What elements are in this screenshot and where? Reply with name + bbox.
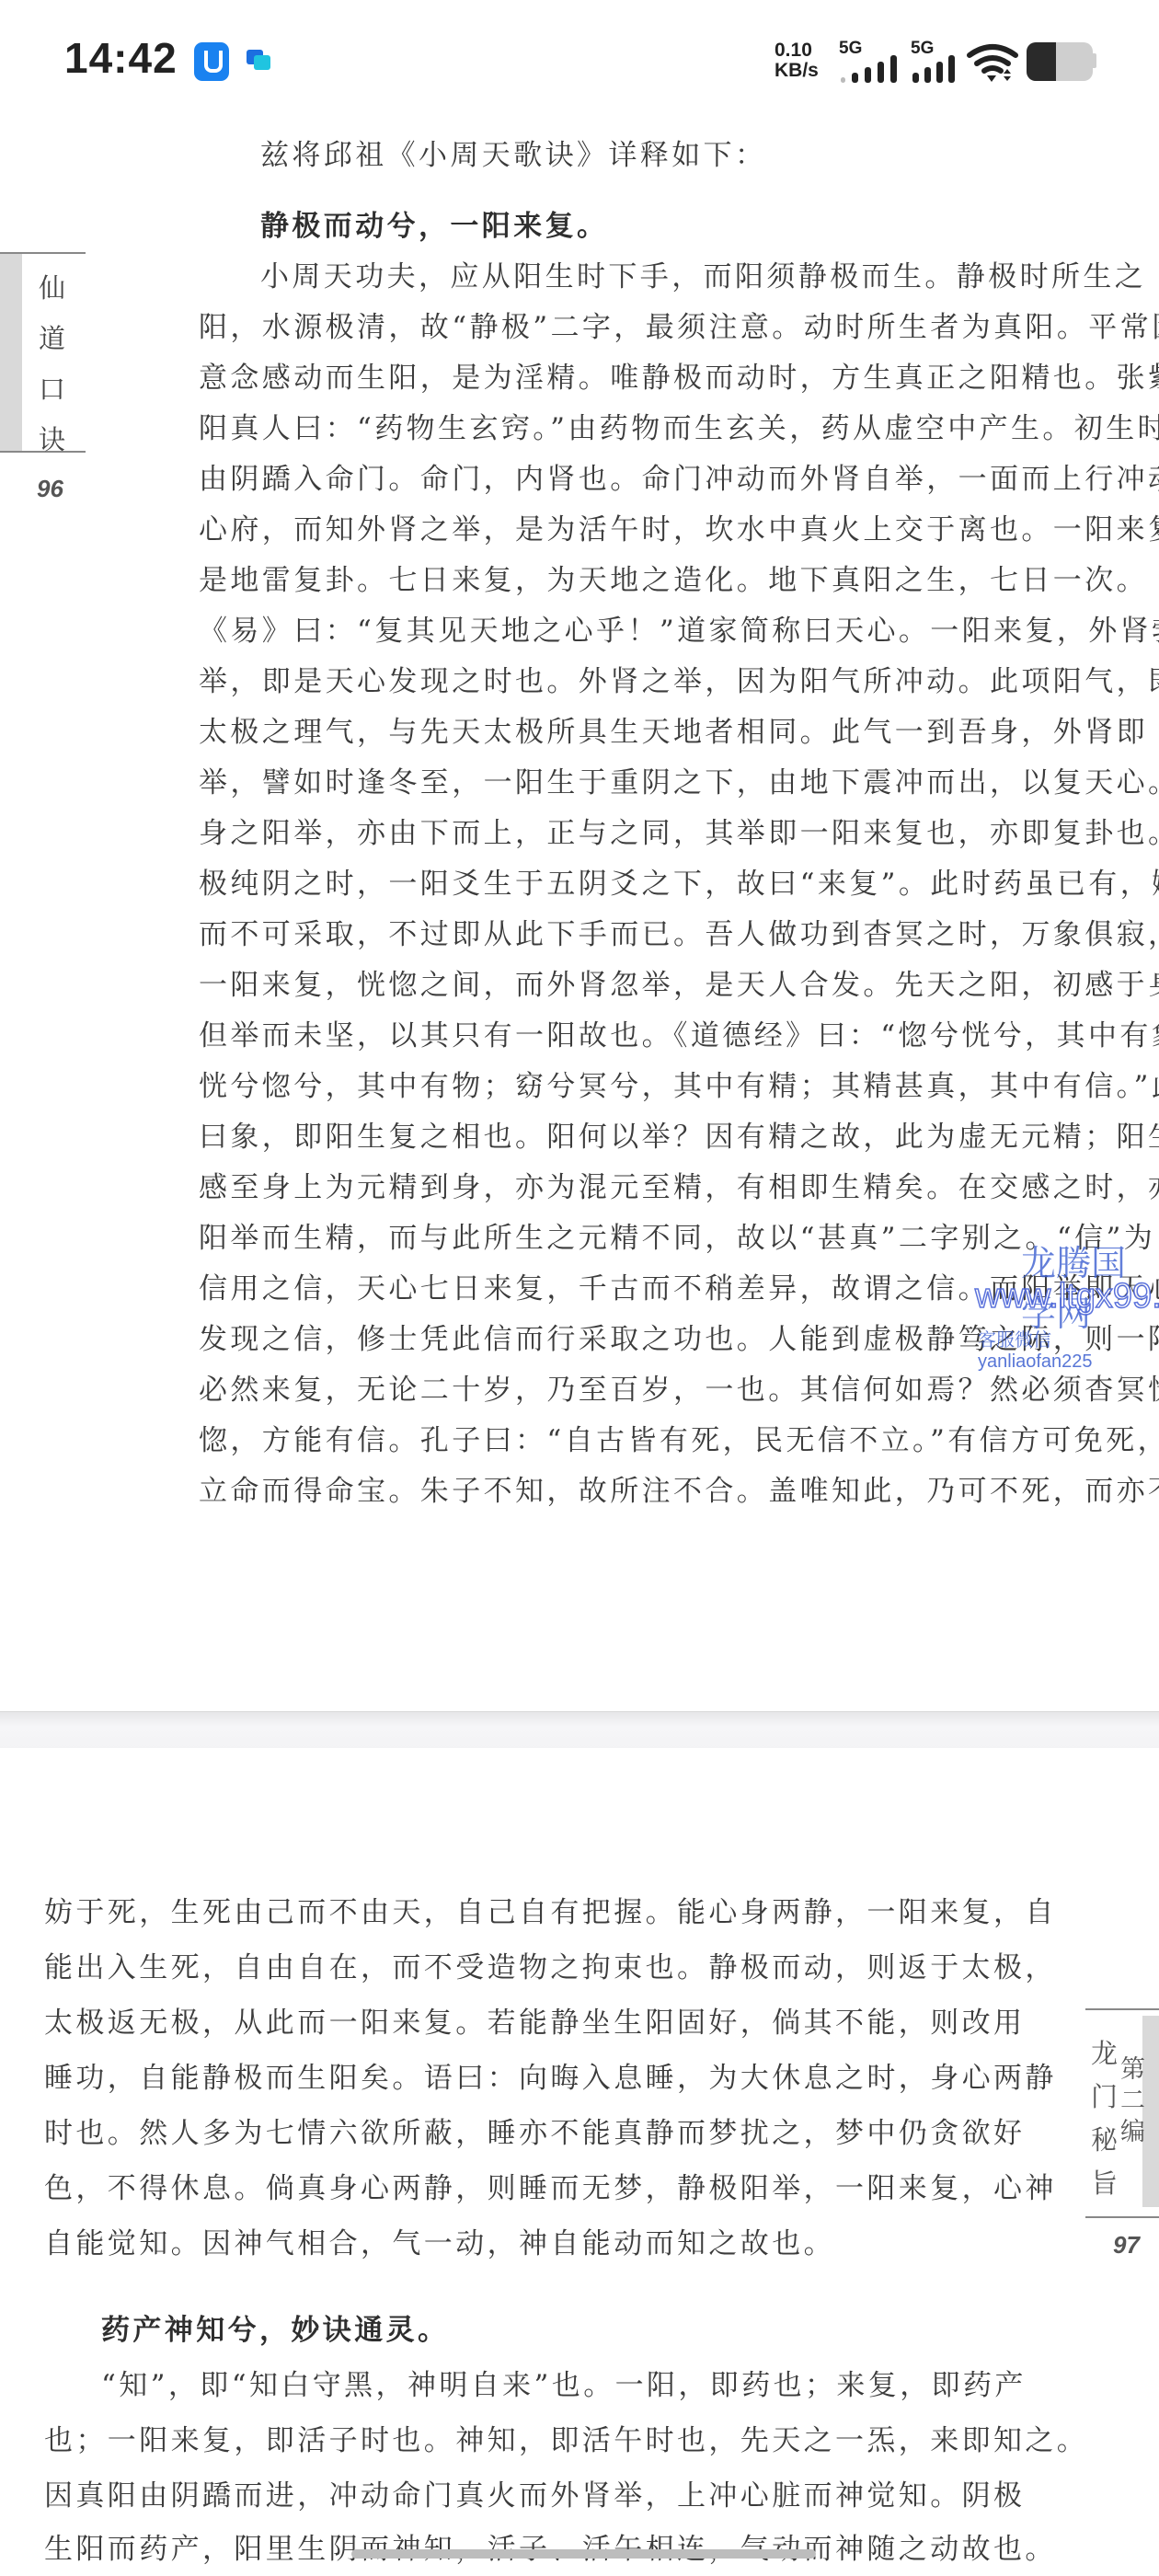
text-line: 阳举而生精，而与此所生之元精不同，故以“甚真”二字别之。“信”为 xyxy=(199,1214,1155,1256)
side-tab-char: 编 xyxy=(1120,2117,1150,2148)
text-line: 但举而未坚，以其只有一阳故也。《道德经》曰：“惚兮恍兮，其中有象； xyxy=(199,1012,1159,1053)
side-tab-char: 仙 xyxy=(39,263,70,314)
text-line: 太极之理气，与先天太极所具生天地者相同。此气一到吾身，外肾即 xyxy=(199,708,1148,750)
text-line: 生阳而药产，阳里生阴而神知，活子、活午相连，气动而神随之动故也。 xyxy=(44,2525,1057,2567)
side-tab-char: 二 xyxy=(1120,2086,1150,2117)
text-line: 是地雷复卦。七日来复，为天地之造化。地下真阳之生，七日一次。 xyxy=(199,557,1148,598)
side-tab-char: 门 xyxy=(1091,2076,1122,2119)
text-line: 阳真人曰：“药物生玄窍。”由药物而生玄关，药从虚空中产生。初生时 xyxy=(199,405,1159,446)
text-line: 恍兮惚兮，其中有物；窈兮冥兮，其中有精；其精甚真，其中有信。”此所 xyxy=(199,1063,1159,1104)
chapter-side-tab-left: 仙 道 口 诀 xyxy=(0,252,86,453)
status-bar: 14:42 0.10 KB/s 5G 5G xyxy=(0,0,1159,120)
text-line: “知”，即“知白守黑，神明自来”也。一阳，即药也；来复，即药产 xyxy=(101,2362,1027,2403)
sim2-signal-icon xyxy=(912,55,958,83)
text-line: 心府，而知外肾之举，是为活午时，坎水中真火上交于离也。一阳来复， xyxy=(199,506,1159,547)
side-tab-title: 仙 道 口 诀 xyxy=(39,263,70,466)
network-speed-value: 0.10 xyxy=(775,40,819,61)
text-line: 色，不得休息。倘真身心两静，则睡而无梦，静极阳举，一阳来复，心神 xyxy=(44,2165,1057,2206)
text-line: 举，譬如时逢冬至，一阳生于重阴之下，由地下震冲而出，以复天心。人 xyxy=(199,759,1159,800)
message-notification-icon xyxy=(247,50,270,70)
battery-cap xyxy=(1093,53,1096,68)
page-separator xyxy=(0,1711,1159,1750)
home-indicator[interactable] xyxy=(351,2549,816,2559)
network-speed-unit: KB/s xyxy=(775,61,819,81)
text-line: 而不可采取，不过即从此下手而已。吾人做功到杳冥之时，万象俱寂， xyxy=(199,911,1159,952)
text-line: 举，即是天心发现之时也。外肾之举，因为阳气所冲动。此项阳气，即 xyxy=(199,658,1159,699)
text-line: 小周天功夫，应从阳生时下手，而阳须静极而生。静极时所生之 xyxy=(260,253,1146,294)
text-line: 立命而得命宝。朱子不知，故所注不合。盖唯知此，乃可不死，而亦不 xyxy=(199,1467,1159,1509)
side-tab-char: 口 xyxy=(39,364,70,415)
text-line: 能出入生死，自由自在，而不受造物之拘束也。静极而动，则返于太极， xyxy=(44,1944,1057,1985)
text-line: 时也。然人多为七情六欲所蔽，睡亦不能真静而梦扰之，梦中仍贪欲好 xyxy=(44,2110,1025,2151)
text-line: 太极返无极，从此而一阳来复。若能静坐生阳固好，倘其不能，则改用 xyxy=(44,1999,1025,2041)
wifi-icon xyxy=(967,42,1018,83)
page-number: 96 xyxy=(37,475,63,503)
text-line: 自能觉知。因神气相合，气一动，神自能动而知之故也。 xyxy=(44,2220,835,2261)
watermark-contact: 客服微信 yanliaofan225 xyxy=(978,1325,1159,1373)
sim1-signal-icon xyxy=(841,55,905,83)
text-line: 极纯阴之时，一阳爻生于五阴爻之下，故曰“来复”。此时药虽已有，嫩 xyxy=(199,860,1159,902)
text-line: 意念感动而生阳，是为淫精。唯静极而动时，方生真正之阳精也。张紫 xyxy=(199,354,1159,396)
battery-icon xyxy=(1027,42,1093,81)
text-line: 曰象，即阳生复之相也。阳何以举？因有精之故，此为虚无元精；阳生， xyxy=(199,1113,1159,1155)
text-line: 一阳来复，恍惚之间，而外肾忽举，是天人合发。先天之阳，初感于身， xyxy=(199,961,1159,1003)
text-line: 《易》曰：“复其见天地之心乎！”道家简称曰天心。一阳来复，外肾勃 xyxy=(199,607,1159,649)
text-line: 妨于死，生死由己而不由天，自己自有把握。能心身两静，一阳来复，自 xyxy=(44,1889,1057,1930)
side-tab-char: 道 xyxy=(39,314,70,364)
side-tab-title: 龙 门 秘 旨 xyxy=(1091,2032,1122,2205)
text-line: 惚，方能有信。孔子曰：“自古皆有死，民无信不立。”有信方可免死，以 xyxy=(199,1417,1159,1458)
text-line: 兹将邱祖《小周天歌诀》详释如下： xyxy=(260,132,766,173)
text-line: 因真阳由阴蹻而进，冲动命门真火而外肾举，上冲心脏而神觉知。阴极 xyxy=(44,2472,1025,2513)
side-tab-shade xyxy=(0,254,22,451)
verse-heading: 静极而动兮，一阳来复。 xyxy=(260,202,608,244)
side-tab-char: 第 xyxy=(1120,2054,1150,2086)
text-line: 也；一阳来复，即活子时也。神知，即活午时也，先天之一炁，来即知之。 xyxy=(44,2417,1088,2458)
chapter-side-tab-right: 龙 门 秘 旨 第 二 编 xyxy=(1085,2008,1159,2218)
watermark-url: www.ltgx99.com xyxy=(975,1277,1159,1317)
verse-heading: 药产神知兮，妙诀通灵。 xyxy=(101,2306,449,2348)
side-tab-char: 龙 xyxy=(1091,2032,1122,2076)
side-tab-char: 旨 xyxy=(1091,2162,1122,2205)
side-tab-char: 秘 xyxy=(1091,2119,1122,2162)
clock: 14:42 xyxy=(64,33,178,83)
page-number: 97 xyxy=(1113,2231,1140,2260)
network-speed: 0.10 KB/s xyxy=(775,40,819,81)
app-notification-icon xyxy=(194,42,229,81)
side-tab-char: 诀 xyxy=(39,415,70,466)
text-line: 感至身上为元精到身，亦为混元至精，有相即生精矣。在交感之时，亦 xyxy=(199,1164,1159,1205)
text-line: 由阴蹻入命门。命门，内肾也。命门冲动而外肾自举，一面而上行冲动 xyxy=(199,455,1159,497)
side-tab-part-label: 第 二 编 xyxy=(1120,2054,1150,2148)
text-line: 身之阳举，亦由下而上，正与之同，其举即一阳来复也，亦即复卦也。静 xyxy=(199,810,1159,851)
text-line: 阳，水源极清，故“静极”二字，最须注意。动时所生者为真阳。平常因 xyxy=(199,304,1159,345)
text-line: 睡功，自能静极而生阳矣。语曰：向晦入息睡，为大休息之时，身心两静 xyxy=(44,2054,1057,2096)
